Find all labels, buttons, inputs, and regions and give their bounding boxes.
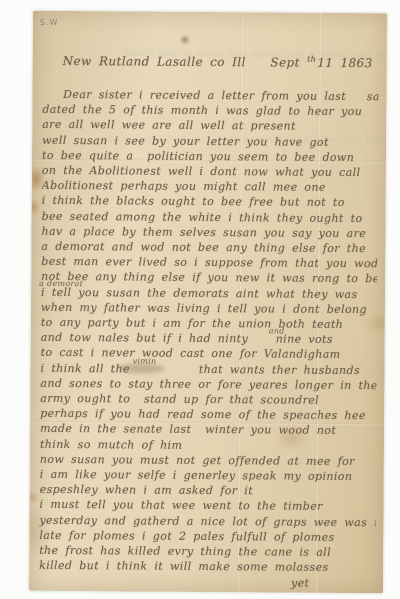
scan-background: to bee quite a politician you seem to be… [0,0,400,599]
letter-paper: to bee quite a politician you seem to be… [29,11,387,593]
heading-date-month: Sept [270,55,300,69]
letter-line: yet [39,573,375,591]
letter-line: are all well wee are all well at present [42,117,378,135]
letter-line: i think the blacks ought to bee free but… [42,193,378,211]
interline-insert-and: and [269,326,285,335]
heading-date-rest: 11 1863 [317,56,373,70]
heading-place: New Rutland Lasalle co Ill [63,54,246,69]
letter-body: Dear sister i received a letter from you… [39,87,378,591]
ink-smudge [118,363,164,373]
pencil-mark: S.W [40,18,59,27]
interline-correction: a demorat [39,279,83,288]
letter-heading: New Rutland Lasalle co Ill Sept th11 186… [33,53,387,70]
letter-line: killed but i think it will make some mol… [39,558,375,576]
bleed-through-text: to bee quite a politician you seem to be… [33,13,400,84]
heading-date-superscript: th [307,55,316,64]
heading-date: Sept th11 1863 [270,54,372,70]
